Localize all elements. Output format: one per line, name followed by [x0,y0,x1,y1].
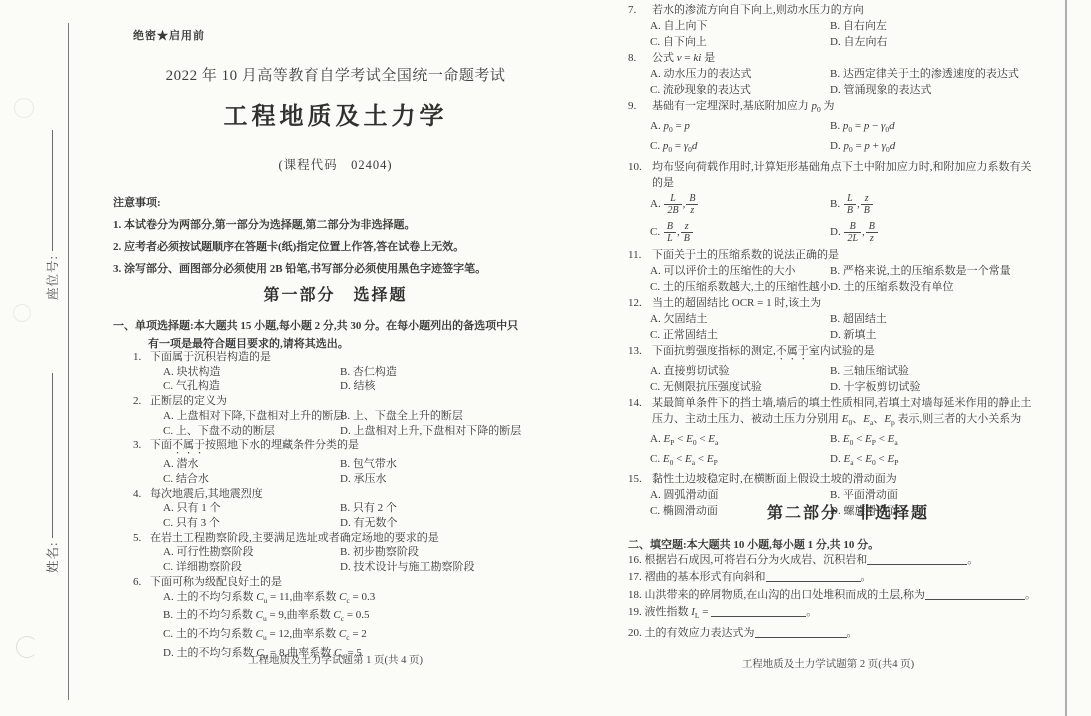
answer-option: A. L2B,Bz [650,193,830,216]
answer-option: B. 超固结土 [830,311,887,327]
answer-option: B. 达西定律关于土的渗透速度的表达式 [830,66,1019,82]
answer-option: C. 详细勘察阶段 [163,560,340,575]
fill-blank-list: 16. 根据岩石成因,可将岩石分为火成岩、沉积岩和。17. 褶曲的基本形式有向斜… [628,552,1068,642]
answer-option: A. 直接剪切试验 [650,363,830,379]
answer-option: D. Ea < E0 < EP [830,451,898,471]
answer-option: A. EP < E0 < Ea [650,431,830,451]
option-row: A. 块状构造B. 杏仁构造 [133,365,558,380]
option-row: A. 只有 1 个B. 只有 2 个 [133,501,558,516]
question-1: 1.下面属于沉积岩构造的是A. 块状构造B. 杏仁构造C. 气孔构造D. 结核 [133,350,558,394]
section2-intro: 二、填空题:本大题共 10 小题,每小题 1 分,共 10 分。 [628,536,879,552]
answer-option: A. 上盘相对下降,下盘相对上升的断层 [163,409,340,424]
option-row: C. 流砂现象的表达式D. 管涌现象的表达式 [628,82,1068,98]
option-row: A. 直接剪切试验B. 三轴压缩试验 [628,363,1068,379]
page2-footer: 工程地质及土力学试题第 2 页(共4 页) [628,656,1028,671]
course-code: (课程代码 02404) [113,155,558,173]
question-stem: 当土的超固结比 OCR = 1 时,该土为 [652,295,1068,311]
question-stem: 下面不属于按照地下水的埋藏条件分类的是 [150,438,558,457]
question-number: 13. [628,343,652,363]
answer-option: B. LB,zB [830,193,874,216]
question-stem: 基础有一定埋深时,基底附加应力 p0 为 [652,98,1068,118]
question-2: 2.正断层的定义为A. 上盘相对下降,下盘相对上升的断层B. 上、下盘全上升的断… [133,394,558,438]
option-row: C. 详细勘察阶段D. 技术设计与施工勘察阶段 [133,560,558,575]
answer-option: B. 杏仁构造 [340,365,397,380]
option-row: A. 自上向下B. 自右向左 [628,18,1068,34]
exam-page-2: 7.若水的渗流方向自下向上,则动水压力的方向A. 自上向下B. 自右向左C. 自… [628,0,1068,716]
question-stem: 某最简单条件下的挡土墙,墙后的填土性质相同,若填土对墙每延米作用的静止土 [652,395,1068,411]
exam-page-1: 绝密★启用前 2022 年 10 月高等教育自学考试全国统一命题考试 工程地质及… [113,0,558,716]
answer-option: D. 技术设计与施工勘察阶段 [340,560,474,575]
answer-option: B. 只有 2 个 [340,501,397,516]
answer-option: B. 自右向左 [830,18,887,34]
question-list-page2: 7.若水的渗流方向自下向上,则动水压力的方向A. 自上向下B. 自右向左C. 自… [628,2,1068,519]
answer-option: B. E0 < EP < Ea [830,431,898,451]
subject-title: 工程地质及土力学 [113,96,558,131]
answer-option: D. 十字板剪切试验 [830,379,920,395]
note-item-3: 3. 涂写部分、画图部分必须使用 2B 铅笔,书写部分必须使用黑色字迹签字笔。 [113,260,486,276]
question-8: 8.公式 v = ki 是A. 动水压力的表达式B. 达西定律关于土的渗透速度的… [628,50,1068,98]
notes-title: 注意事项: [113,194,161,210]
option-row: A. 欠固结土B. 超固结土 [628,311,1068,327]
option-row: C. 正常固结土D. 新填土 [628,327,1068,343]
answer-option: C. 只有 3 个 [163,516,340,531]
answer-option: B. 包气带水 [340,457,397,472]
answer-option: A. 可行性勘察阶段 [163,545,340,560]
question-4: 4.每次地震后,其地震烈度A. 只有 1 个B. 只有 2 个C. 只有 3 个… [133,487,558,531]
answer-option: C. 土的不均匀系数 Cu = 12,曲率系数 Cc = 2 [163,627,367,646]
answer-option: A. 块状构造 [163,365,340,380]
question-stem-continuation: 的是 [628,175,1068,191]
question-stem: 每次地震后,其地震烈度 [150,487,558,502]
exam-title: 2022 年 10 月高等教育自学考试全国统一命题考试 [113,64,558,85]
question-stem-continuation: 压力、主动土压力、被动土压力分别用 E0、Ea、Ep 表示,则三者的大小关系为 [628,411,1068,431]
question-7: 7.若水的渗流方向自下向上,则动水压力的方向A. 自上向下B. 自右向左C. 自… [628,2,1068,50]
fill-blank-item: 18. 山洪带来的碎屑物质,在山沟的出口处堆积而成的土层,称为。 [628,587,1068,604]
answer-option: A. 自上向下 [650,18,830,34]
name-blank [52,373,53,538]
option-row: C. 无侧限抗压强度试验D. 十字板剪切试验 [628,379,1068,395]
seal-line [68,23,69,700]
option-row: A. 上盘相对下降,下盘相对上升的断层B. 上、下盘全上升的断层 [133,409,558,424]
question-stem: 下面属于沉积岩构造的是 [150,350,558,365]
question-stem: 下面关于土的压缩系数的说法正确的是 [652,247,1068,263]
option-row: C. 土的压缩系数越大,土的压缩性越小D. 土的压缩系数没有单位 [628,279,1068,295]
answer-option: D. 上盘相对上升,下盘相对下降的断层 [340,424,521,439]
question-number: 7. [628,2,652,18]
answer-option: A. 只有 1 个 [163,501,340,516]
option-row: C. p0 = γ0dD. p0 = p + γ0d [628,138,1068,158]
option-row: C. BL,zBD. B2L,Bz [628,219,1068,247]
option-row: B. 土的不均匀系数 Cu = 9,曲率系数 Cc = 0.5 [133,608,558,627]
fill-blank-item: 17. 褶曲的基本形式有向斜和。 [628,569,1068,586]
section1-intro-line2: 有一项是最符合题目要求的,请将其选出。 [148,335,349,351]
option-row: A. 可以评价土的压缩性的大小B. 严格来说,土的压缩系数是一个常量 [628,263,1068,279]
exam-scan: 座位号: 姓名: 绝密★启用前 2022 年 10 月高等教育自学考试全国统一命… [0,0,1091,716]
scan-artifact [16,636,38,658]
question-stem: 正断层的定义为 [150,394,558,409]
answer-option: D. 管涌现象的表达式 [830,82,931,98]
question-stem: 黏性土边坡稳定时,在横断面上假设土坡的滑动面为 [652,471,1068,487]
section1-intro-line1: 一、单项选择题:本大题共 15 小题,每小题 2 分,共 30 分。在每小题列出… [113,317,518,333]
question-14: 14.某最简单条件下的挡土墙,墙后的填土性质相同,若填土对墙每延米作用的静止土压… [628,395,1068,472]
page1-footer: 工程地质及土力学试题第 1 页(共 4 页) [113,652,558,667]
option-row: C. 结合水D. 承压水 [133,472,558,487]
name-label: 姓名: [43,542,61,573]
answer-option: A. 动水压力的表达式 [650,66,830,82]
answer-option: B. 三轴压缩试验 [830,363,909,379]
option-row: A. 动水压力的表达式B. 达西定律关于土的渗透速度的表达式 [628,66,1068,82]
option-row: A. L2B,BzB. LB,zB [628,191,1068,219]
answer-option: B. 上、下盘全上升的断层 [340,409,463,424]
answer-option: D. 土的压缩系数没有单位 [830,279,953,295]
scan-artifact [14,98,34,118]
option-row: A. p0 = pB. p0 = p − γ0d [628,118,1068,138]
answer-option: C. 气孔构造 [163,379,340,394]
question-stem: 下面可称为级配良好土的是 [150,575,558,590]
scan-artifact [13,304,31,322]
question-number: 3. [133,438,150,457]
question-number: 8. [628,50,652,66]
answer-option: A. 潜水 [163,457,340,472]
answer-option: B. 严格来说,土的压缩系数是一个常量 [830,263,1011,279]
answer-option: A. 欠固结土 [650,311,830,327]
question-11: 11.下面关于土的压缩系数的说法正确的是A. 可以评价土的压缩性的大小B. 严格… [628,247,1068,295]
part2-title: 第二部分 非选择题 [628,500,1068,523]
option-row: A. EP < E0 < EaB. E0 < EP < Ea [628,431,1068,451]
option-row: C. 土的不均匀系数 Cu = 12,曲率系数 Cc = 2 [133,627,558,646]
option-row: A. 土的不均匀系数 Cu = 11,曲率系数 Cc = 0.3 [133,590,558,609]
name-field: 姓名: [42,373,62,573]
note-item-2: 2. 应考者必须按试题顺序在答题卡(纸)指定位置上作答,答在试卷上无效。 [113,238,464,254]
answer-option: B. p0 = p − γ0d [830,118,895,138]
question-5: 5.在岩土工程勘察阶段,主要满足选址或者确定场地的要求的是A. 可行性勘察阶段B… [133,531,558,575]
answer-option: D. p0 = p + γ0d [830,138,895,158]
option-row: C. 上、下盘不动的断层D. 上盘相对上升,下盘相对下降的断层 [133,424,558,439]
part1-title: 第一部分 选择题 [113,282,558,305]
question-13: 13.下面抗剪强度指标的测定,不属于室内试验的是A. 直接剪切试验B. 三轴压缩… [628,343,1068,395]
answer-option: C. p0 = γ0d [650,138,830,158]
answer-option: D. 新填土 [830,327,876,343]
question-number: 11. [628,247,652,263]
question-3: 3.下面不属于按照地下水的埋藏条件分类的是A. 潜水B. 包气带水C. 结合水D… [133,438,558,486]
answer-option: D. B2L,Bz [830,221,879,244]
note-item-1: 1. 本试卷分为两部分,第一部分为选择题,第二部分为非选择题。 [113,216,416,232]
question-number: 14. [628,395,652,411]
answer-option: C. 土的压缩系数越大,土的压缩性越小 [650,279,830,295]
question-10: 10.均布竖向荷载作用时,计算矩形基础角点下土中附加应力时,和附加应力系数有关的… [628,159,1068,247]
answer-option: D. 结核 [340,379,375,394]
answer-option: C. BL,zB [650,221,830,244]
option-row: C. 自下向上D. 自左向右 [628,34,1068,50]
answer-option: C. 无侧限抗压强度试验 [650,379,830,395]
option-row: C. 气孔构造D. 结核 [133,379,558,394]
question-12: 12.当土的超固结比 OCR = 1 时,该土为A. 欠固结土B. 超固结土C.… [628,295,1068,343]
seat-number-label: 座位号: [43,255,61,300]
question-number: 2. [133,394,150,409]
question-number: 15. [628,471,652,487]
option-row: A. 可行性勘察阶段B. 初步勘察阶段 [133,545,558,560]
question-list-page1: 1.下面属于沉积岩构造的是A. 块状构造B. 杏仁构造C. 气孔构造D. 结核2… [133,350,558,665]
fill-blank-item: 16. 根据岩石成因,可将岩石分为火成岩、沉积岩和。 [628,552,1068,569]
answer-option: C. 上、下盘不动的断层 [163,424,340,439]
option-row: C. 只有 3 个D. 有无数个 [133,516,558,531]
question-number: 12. [628,295,652,311]
question-number: 6. [133,575,150,590]
answer-option: C. 正常固结土 [650,327,830,343]
answer-option: C. E0 < Ea < EP [650,451,830,471]
answer-option: B. 土的不均匀系数 Cu = 9,曲率系数 Cc = 0.5 [163,608,370,627]
answer-option: D. 承压水 [340,472,386,487]
option-row: C. E0 < Ea < EPD. Ea < E0 < EP [628,451,1068,471]
fill-blank-item: 19. 液性指数 IL = 。 [628,604,1068,625]
answer-option: C. 结合水 [163,472,340,487]
question-stem: 公式 v = ki 是 [652,50,1068,66]
security-marking: 绝密★启用前 [133,27,205,43]
answer-option: D. 有无数个 [340,516,397,531]
question-number: 4. [133,487,150,502]
answer-option: D. 自左向右 [830,34,887,50]
answer-option: A. 土的不均匀系数 Cu = 11,曲率系数 Cc = 0.3 [163,590,375,609]
question-stem: 在岩土工程勘察阶段,主要满足选址或者确定场地的要求的是 [150,531,558,546]
answer-option: A. p0 = p [650,118,830,138]
question-number: 5. [133,531,150,546]
seat-number-blank [52,130,53,251]
question-number: 10. [628,159,652,175]
question-stem: 下面抗剪强度指标的测定,不属于室内试验的是 [652,343,1068,363]
answer-option: A. 可以评价土的压缩性的大小 [650,263,830,279]
answer-option: C. 自下向上 [650,34,830,50]
answer-option: B. 初步勘察阶段 [340,545,419,560]
question-stem: 均布竖向荷载作用时,计算矩形基础角点下土中附加应力时,和附加应力系数有关 [652,159,1068,175]
answer-option: C. 流砂现象的表达式 [650,82,830,98]
question-number: 9. [628,98,652,118]
question-number: 1. [133,350,150,365]
question-stem: 若水的渗流方向自下向上,则动水压力的方向 [652,2,1068,18]
question-9: 9.基础有一定埋深时,基底附加应力 p0 为A. p0 = pB. p0 = p… [628,98,1068,159]
fill-blank-item: 20. 土的有效应力表达式为。 [628,625,1068,642]
option-row: A. 潜水B. 包气带水 [133,457,558,472]
seat-number-field: 座位号: [42,130,62,300]
